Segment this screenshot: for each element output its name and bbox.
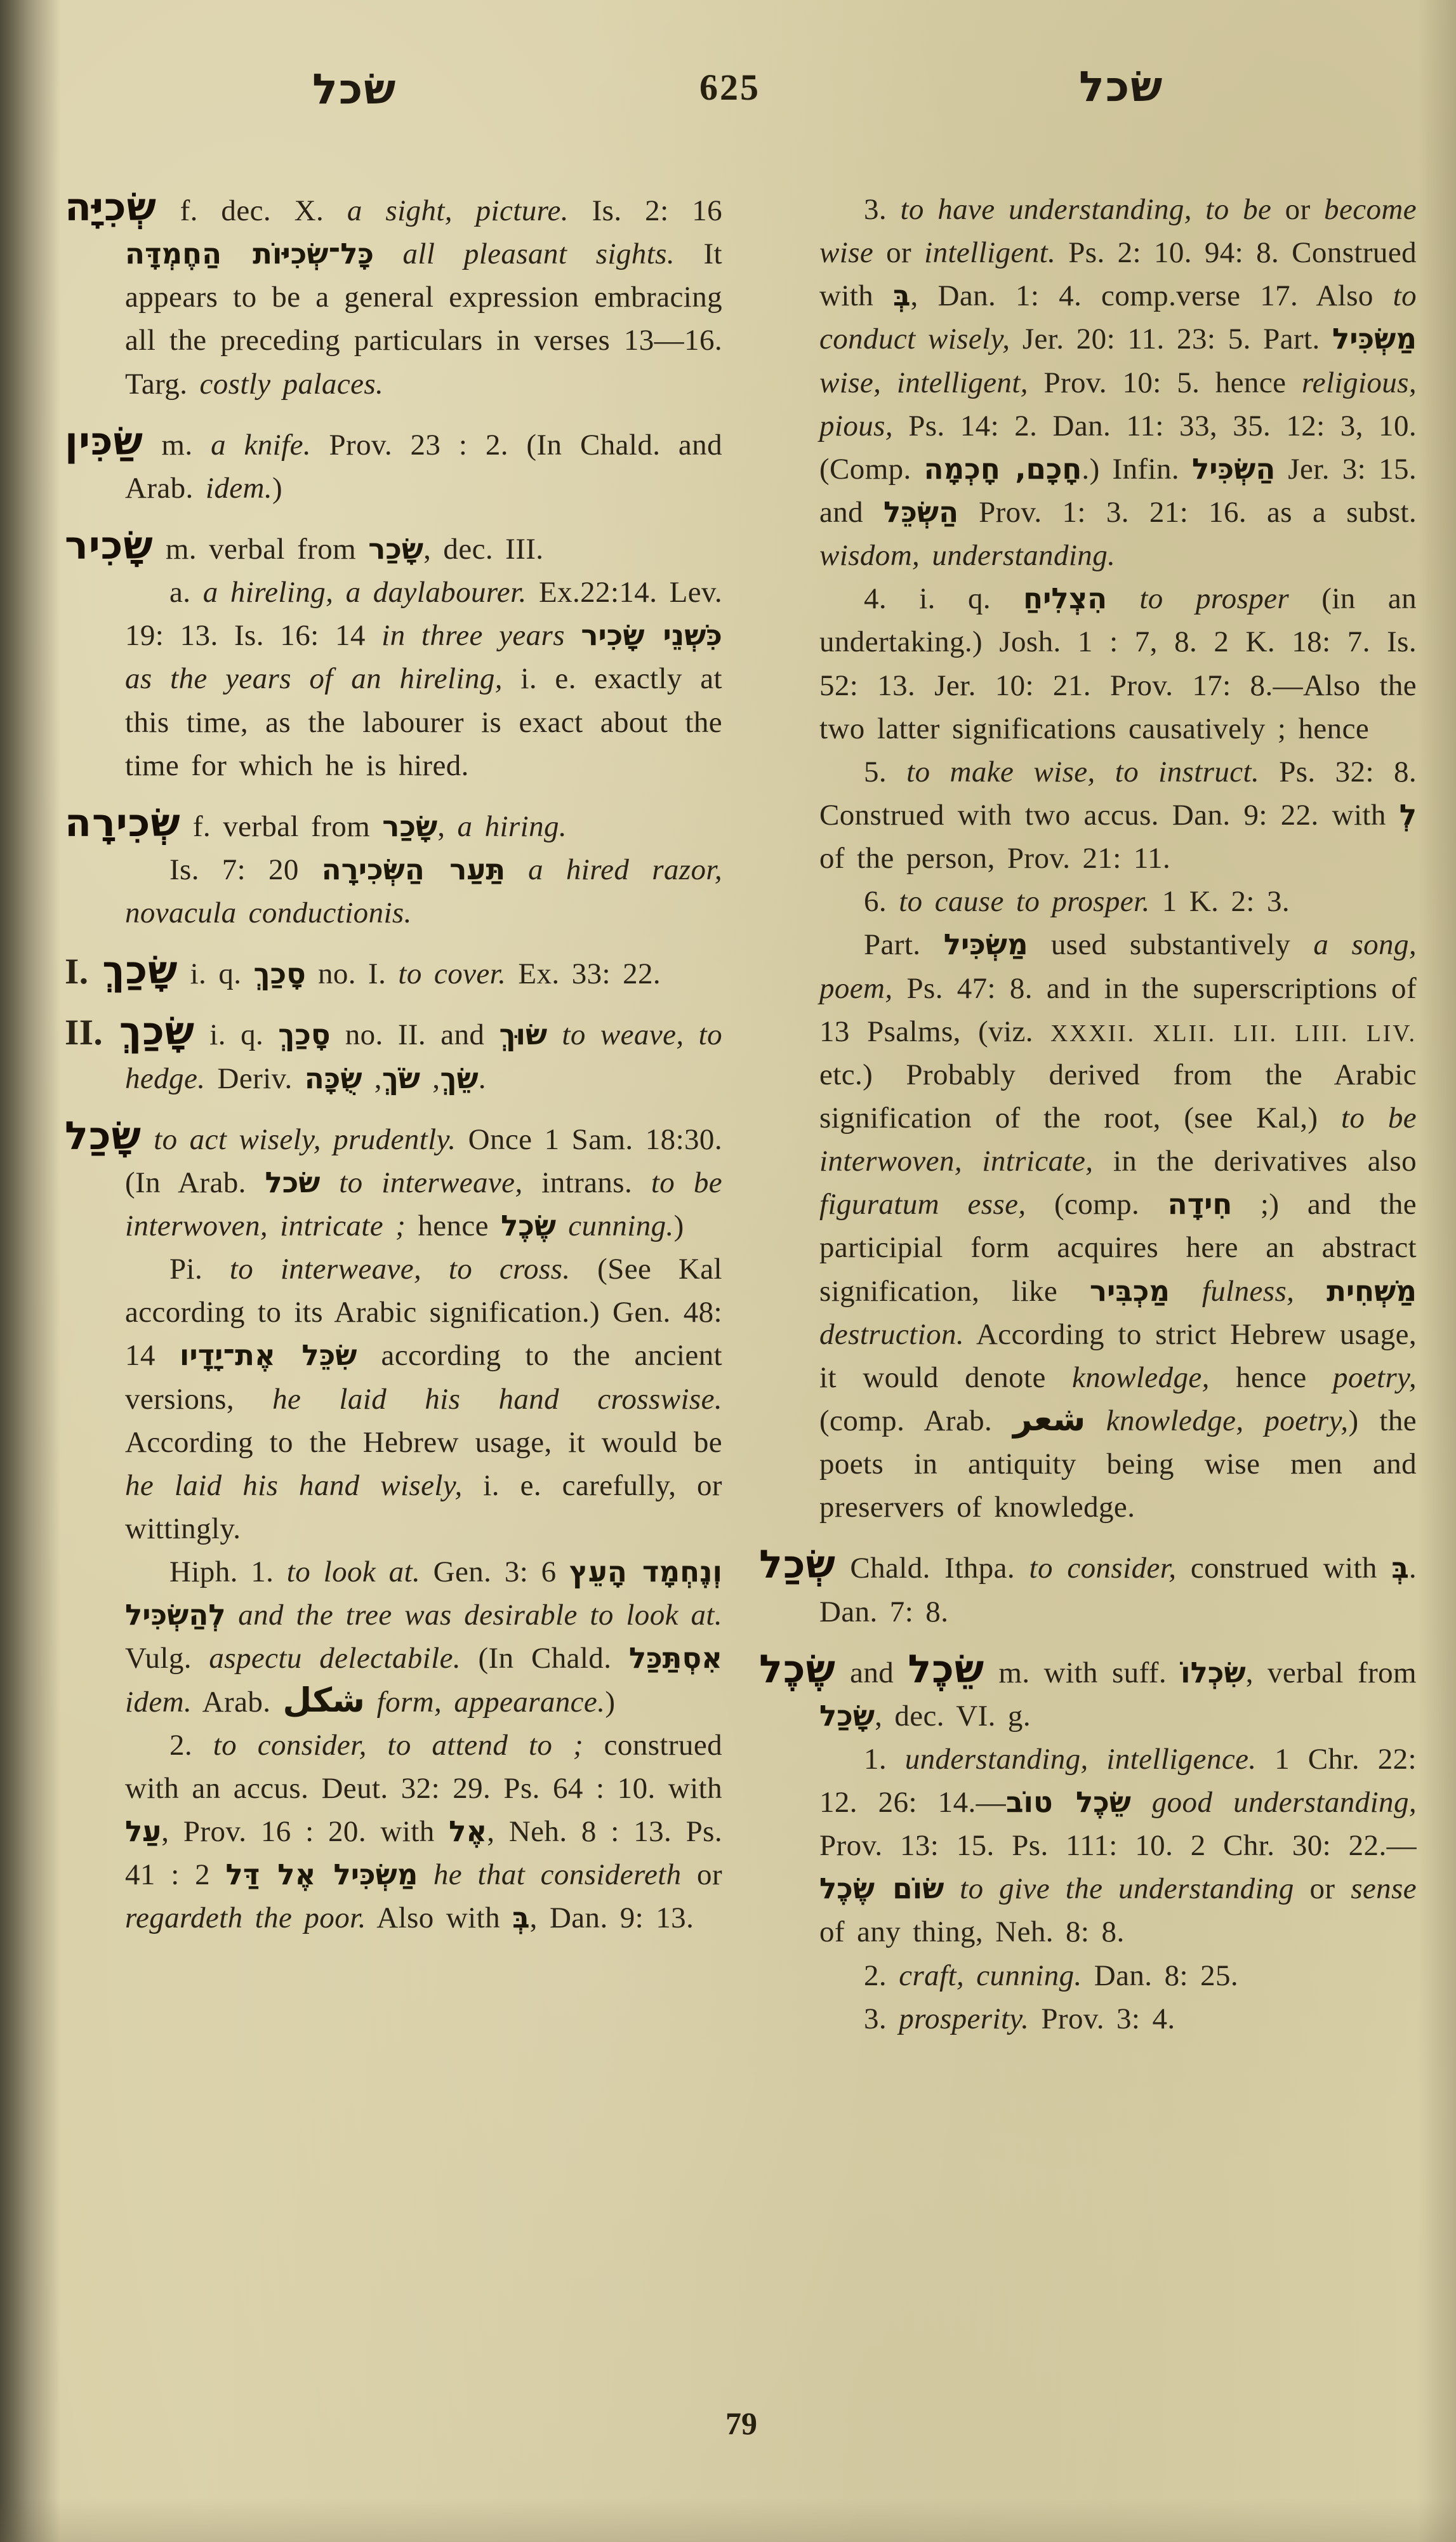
text bbox=[321, 1166, 340, 1199]
text: etc.) Probably derived from the Arabic s… bbox=[819, 1058, 1417, 1135]
text: Is. 7: 20 bbox=[169, 853, 322, 886]
text: Gen. 3: 6 bbox=[420, 1555, 569, 1588]
hebrew-text: שֶׂכֶל bbox=[501, 1209, 556, 1242]
italic-text: to look at. bbox=[287, 1555, 420, 1588]
hebrew-text: בְּ bbox=[893, 279, 911, 312]
italic-text: novacula conductionis. bbox=[125, 896, 412, 929]
text: According to the Hebrew usage, it would … bbox=[125, 1426, 722, 1459]
hebrew-text: אִסְתַּכַּל bbox=[629, 1641, 722, 1675]
hebrew-headword: שְׂכַל bbox=[759, 1542, 836, 1587]
roman-numeral: I. bbox=[65, 952, 102, 992]
hebrew-text: הַשְׂכֵּל bbox=[884, 495, 958, 529]
italic-text: wise, intelligent, bbox=[819, 366, 1028, 399]
hebrew-text: סָכַךְ bbox=[278, 1018, 330, 1051]
hebrew-text: מַשְׂכִּיל אֶל דַּל bbox=[226, 1858, 418, 1891]
text: , Dan. 1: 4. comp.verse 17. Also bbox=[911, 279, 1393, 312]
italic-text: aspectu delectabile. bbox=[209, 1642, 461, 1675]
text: 2. bbox=[169, 1729, 213, 1762]
dictionary-entry: שְׂכַל Chald. Ithpa. to consider, constr… bbox=[819, 1545, 1417, 1633]
text: .) Infin. bbox=[1082, 453, 1192, 486]
text: 5. bbox=[864, 755, 906, 789]
text: , bbox=[420, 1062, 440, 1095]
text: Deriv. bbox=[205, 1062, 304, 1095]
italic-text: he laid his hand crosswise. bbox=[272, 1383, 722, 1416]
text: m. verbal from bbox=[154, 533, 369, 566]
italic-text: he laid his hand wisely, bbox=[125, 1469, 463, 1502]
psalm-numerals: XXXII. XLII. LII. LIII. LIV. bbox=[1050, 1021, 1417, 1047]
text: Ex. 33: 22. bbox=[506, 957, 661, 990]
text: of the person, Prov. 21: 11. bbox=[819, 842, 1170, 875]
italic-text: to act wisely, prudently. bbox=[154, 1123, 456, 1156]
hebrew-text: שָׂכַר bbox=[368, 532, 423, 566]
text bbox=[142, 1123, 154, 1156]
hebrew-text: חָכָם, חָכְמָה bbox=[924, 452, 1082, 486]
italic-text: cunning. bbox=[568, 1209, 673, 1242]
text bbox=[226, 1599, 239, 1632]
entry-paragraph: Is. 7: 20 תַּעַר הַשְּׂכִירָה a hired ra… bbox=[125, 848, 722, 935]
text: m. bbox=[143, 429, 211, 462]
text: 3. bbox=[864, 2002, 899, 2035]
text: , bbox=[362, 1062, 382, 1095]
hebrew-text: שׂכל bbox=[265, 1166, 320, 1199]
entry-paragraph: 2. craft, cunning. Dan. 8: 25. bbox=[819, 1954, 1417, 1997]
italic-text: knowledge, poetry, bbox=[1106, 1404, 1349, 1437]
text: Prov. 1: 3. 21: 16. as a subst. bbox=[958, 496, 1417, 529]
hebrew-text: מַכְבִּיר bbox=[1090, 1274, 1170, 1308]
italic-text: to cause to prosper. bbox=[899, 885, 1149, 918]
text: no. II. and bbox=[331, 1018, 500, 1051]
dictionary-entry: שְׂכִיָּה f. dec. X. a sight, picture. I… bbox=[125, 188, 722, 406]
text: or bbox=[873, 236, 924, 269]
italic-text: intelligent. bbox=[924, 236, 1056, 269]
text: or bbox=[682, 1858, 722, 1891]
text: Part. bbox=[864, 928, 944, 961]
text: f. dec. X. bbox=[157, 194, 347, 227]
italic-text: figuratum esse, bbox=[819, 1188, 1026, 1221]
text: Arab. bbox=[192, 1686, 282, 1719]
left-column: שְׂכִיָּה f. dec. X. a sight, picture. I… bbox=[65, 188, 722, 2040]
text: Chald. Ithpa. bbox=[836, 1552, 1029, 1585]
dictionary-entry: שָׂכַל to act wisely, prudently. Once 1 … bbox=[125, 1117, 722, 1248]
italic-text: to prosper bbox=[1139, 582, 1289, 615]
italic-text: sense bbox=[1351, 1872, 1417, 1905]
text: Hiph. 1. bbox=[169, 1555, 287, 1588]
dictionary-entry: שַׂכִּין m. a knife. Prov. 23 : 2. (In C… bbox=[125, 422, 722, 510]
entry-paragraph: 5. to make wise, to instruct. Ps. 32: 8.… bbox=[819, 750, 1417, 880]
entry-paragraph: Pi. to interweave, to cross. (See Kal ac… bbox=[125, 1248, 722, 1550]
hebrew-text: כִּשְׁנֵי שָׂכִיר bbox=[581, 618, 722, 652]
text: 4. i. q. bbox=[864, 582, 1023, 615]
italic-text: to interweave, bbox=[339, 1166, 522, 1199]
italic-text: idem. bbox=[206, 472, 272, 505]
hebrew-text: בְּ bbox=[1391, 1551, 1409, 1585]
italic-text: and the tree was desirable to look at. bbox=[238, 1599, 722, 1632]
hebrew-headword: שֵׂכֶל bbox=[908, 1647, 984, 1692]
italic-text: a knife. bbox=[211, 429, 311, 462]
text bbox=[1294, 1275, 1327, 1308]
italic-text: he that considereth bbox=[433, 1858, 682, 1891]
italic-text: prosperity. bbox=[899, 2002, 1029, 2035]
scan-edge-left bbox=[0, 0, 60, 2542]
text: i. q. bbox=[178, 957, 253, 990]
hebrew-text: שׂוּךְ bbox=[499, 1018, 547, 1051]
text bbox=[505, 853, 528, 886]
scan-edge-bottom bbox=[0, 2498, 1456, 2542]
dictionary-entry: שָׂכִיר m. verbal from שָׂכַר, dec. III. bbox=[125, 526, 722, 571]
text: Prov. 13: 15. Ps. 111: 10. 2 Chr. 30: 22… bbox=[819, 1829, 1417, 1862]
dictionary-entry: I. שָׂכַךְ i. q. סָכַךְ no. I. to cover.… bbox=[125, 951, 722, 995]
text bbox=[565, 619, 581, 652]
text: of any thing, Neh. 8: 8. bbox=[819, 1915, 1125, 1948]
text: (comp. Arab. bbox=[819, 1404, 1013, 1437]
entry-paragraph: Part. מַשְׂכִּיל used substantively a so… bbox=[819, 923, 1417, 1529]
text: 1. bbox=[864, 1743, 905, 1776]
text: , dec. III. bbox=[423, 533, 543, 566]
arabic-text: شعر bbox=[1013, 1400, 1085, 1439]
hebrew-text: לְ bbox=[1400, 798, 1417, 832]
scan-edge-right bbox=[1418, 0, 1456, 2542]
text bbox=[418, 1858, 433, 1891]
italic-text: all pleasant sights. bbox=[403, 237, 675, 270]
italic-text: to give the understanding bbox=[960, 1872, 1294, 1905]
text: . bbox=[479, 1062, 486, 1095]
hebrew-text: תַּעַר הַשְּׂכִירָה bbox=[322, 853, 506, 886]
arabic-text: شكل bbox=[283, 1681, 365, 1720]
text bbox=[1085, 1404, 1106, 1437]
hebrew-text: מַשְׁחִית bbox=[1327, 1274, 1417, 1308]
running-head: שׂכל 625 שׂכל bbox=[0, 58, 1456, 147]
printer-signature-mark: 79 bbox=[691, 2405, 792, 2442]
entry-paragraph: 4. i. q. הִצְלִיחַ to prosper (in an und… bbox=[819, 577, 1417, 750]
italic-text: knowledge, bbox=[1072, 1361, 1210, 1394]
text: (In Chald. bbox=[461, 1642, 629, 1675]
text: no. I. bbox=[306, 957, 399, 990]
hebrew-text: חִידָה bbox=[1168, 1187, 1233, 1221]
italic-text: good understanding, bbox=[1152, 1786, 1417, 1819]
text: 1 K. 2: 3. bbox=[1150, 885, 1290, 918]
text: Is. 2: 16 bbox=[569, 194, 722, 227]
hebrew-text: הַשְׂכִּיל bbox=[1192, 452, 1275, 486]
running-head-right-hebrew: שׂכל bbox=[1079, 62, 1163, 111]
hebrew-headword: שָׂכַךְ bbox=[119, 1009, 195, 1054]
text: intrans. bbox=[523, 1166, 651, 1199]
italic-text: fulness, bbox=[1202, 1275, 1295, 1308]
running-head-left-hebrew: שׂכל bbox=[312, 65, 397, 114]
hebrew-text: עַל bbox=[125, 1814, 161, 1848]
text: , verbal from bbox=[1246, 1656, 1417, 1689]
text: construed with bbox=[1176, 1552, 1391, 1585]
roman-numeral: II. bbox=[65, 1013, 119, 1053]
italic-text: understanding, intelligence. bbox=[905, 1743, 1257, 1776]
text: Also with bbox=[366, 1901, 512, 1934]
dictionary-entry: שֶׂכֶל and שֵׂכֶל m. with suff. שִׂכְלוֹ… bbox=[819, 1650, 1417, 1738]
text: hence bbox=[1210, 1361, 1333, 1394]
hebrew-text: מַשְׂכִּיל bbox=[1332, 322, 1417, 356]
text: hence bbox=[406, 1209, 501, 1242]
hebrew-headword: שְׂכִירָה bbox=[65, 801, 181, 846]
hebrew-text: שׂוֹם שֶׂכֶל bbox=[819, 1872, 944, 1905]
hebrew-text: שִׂכֵּל אֶת־יָדָיו bbox=[180, 1338, 357, 1372]
italic-text: wisdom, understanding. bbox=[819, 539, 1115, 572]
text: , Prov. 16 : 20. with bbox=[161, 1815, 449, 1848]
text: Jer. 20: 11. 23: 5. Part. bbox=[1010, 323, 1332, 356]
text: used substantively bbox=[1028, 928, 1314, 961]
right-column: 3. to have understanding, to be or becom… bbox=[759, 188, 1417, 2040]
entry-paragraph: 1. understanding, intelligence. 1 Chr. 2… bbox=[819, 1738, 1417, 1954]
text bbox=[547, 1018, 562, 1051]
hebrew-text: סָכַךְ bbox=[254, 957, 306, 990]
hebrew-text: אֶל bbox=[449, 1814, 487, 1848]
hebrew-headword: שָׂכַךְ bbox=[102, 948, 178, 993]
hebrew-text: בְּ bbox=[512, 1901, 530, 1934]
text: and bbox=[836, 1656, 908, 1689]
text: 6. bbox=[864, 885, 899, 918]
text bbox=[944, 1872, 960, 1905]
dictionary-entry: שְׂכִירָה f. verbal from שָׂכַר, a hirin… bbox=[125, 804, 722, 848]
text bbox=[374, 237, 402, 270]
text: , Dan. 9: 13. bbox=[530, 1901, 694, 1934]
hebrew-text: שָׂכַל bbox=[819, 1699, 875, 1733]
text bbox=[365, 1686, 377, 1719]
italic-text: to interweave, to cross. bbox=[230, 1253, 571, 1286]
entry-paragraph: Hiph. 1. to look at. Gen. 3: 6 וְנֶחְמָד… bbox=[125, 1550, 722, 1724]
hebrew-headword: שָׂכִיר bbox=[65, 523, 154, 568]
text: Prov. 3: 4. bbox=[1029, 2002, 1175, 2035]
hebrew-headword: שֶׂכֶל bbox=[759, 1647, 836, 1692]
text: m. with suff. bbox=[984, 1656, 1181, 1689]
hebrew-text: כָּל־שְׂכִיּוֹת הַחֶמְדָּה bbox=[125, 237, 374, 270]
text bbox=[1131, 1786, 1152, 1819]
text bbox=[1107, 582, 1139, 615]
text: Pi. bbox=[169, 1253, 230, 1286]
text: ) bbox=[674, 1209, 684, 1242]
entry-paragraph: a. a hireling, a daylabourer. Ex.22:14. … bbox=[125, 571, 722, 787]
text: , dec. VI. g. bbox=[875, 1700, 1031, 1733]
entry-paragraph: 2. to consider, to attend to ; construed… bbox=[125, 1724, 722, 1940]
text: a. bbox=[169, 576, 203, 609]
italic-text: craft, cunning. bbox=[899, 1959, 1082, 1992]
hebrew-headword: שַׂכִּין bbox=[65, 419, 143, 464]
italic-text: as the years of an hireling, bbox=[125, 662, 503, 695]
italic-text: a sight, picture. bbox=[347, 194, 569, 227]
hebrew-text: שֵׂךְ bbox=[440, 1061, 478, 1095]
italic-text: costly palaces. bbox=[200, 368, 384, 401]
entry-paragraph: 3. prosperity. Prov. 3: 4. bbox=[819, 1997, 1417, 2040]
text: 3. bbox=[864, 193, 900, 226]
italic-text: to cover. bbox=[398, 957, 506, 990]
italic-text: to consider, to attend to ; bbox=[213, 1729, 583, 1762]
text: Vulg. bbox=[125, 1642, 209, 1675]
italic-text: to consider, bbox=[1029, 1552, 1177, 1585]
italic-text: idem. bbox=[125, 1686, 192, 1719]
page-number: 625 bbox=[666, 66, 793, 109]
italic-text: a hiring. bbox=[458, 810, 567, 843]
text: Dan. 8: 25. bbox=[1082, 1959, 1238, 1992]
text bbox=[1170, 1275, 1202, 1308]
text: in the derivatives also bbox=[1093, 1145, 1417, 1178]
text: f. verbal from bbox=[181, 810, 383, 843]
hebrew-headword: שְׂכִיָּה bbox=[65, 185, 157, 230]
italic-text: poetry, bbox=[1333, 1361, 1417, 1394]
entry-paragraph: 3. to have understanding, to be or becom… bbox=[819, 188, 1417, 577]
italic-text: a hired razor, bbox=[528, 853, 722, 886]
text: or bbox=[1271, 193, 1324, 226]
text: ) bbox=[272, 472, 282, 505]
scanned-page: שׂכל 625 שׂכל שְׂכִיָּה f. dec. X. a sig… bbox=[0, 0, 1456, 2542]
italic-text: a hireling, a daylabourer. bbox=[203, 576, 527, 609]
hebrew-text: שֻׂכָּה bbox=[305, 1061, 362, 1095]
entry-paragraph: 6. to cause to prosper. 1 K. 2: 3. bbox=[819, 880, 1417, 923]
italic-text: to have understanding, to be bbox=[900, 193, 1271, 226]
italic-text: regardeth the poor. bbox=[125, 1901, 366, 1934]
text-columns: שְׂכִיָּה f. dec. X. a sight, picture. I… bbox=[65, 188, 1417, 2040]
italic-text: destruction. bbox=[819, 1318, 964, 1351]
text: ) bbox=[605, 1686, 615, 1719]
hebrew-text: שָׂכַר bbox=[382, 809, 437, 843]
text: (comp. bbox=[1026, 1188, 1168, 1221]
text: or bbox=[1294, 1872, 1351, 1905]
text bbox=[556, 1209, 568, 1242]
hebrew-text: שִׂכְלוֹ bbox=[1181, 1656, 1246, 1689]
hebrew-text: שֹׂךְ bbox=[382, 1061, 420, 1095]
hebrew-text: שֵׂכֶל טוֹב bbox=[1006, 1785, 1131, 1819]
italic-text: form, appearance. bbox=[377, 1686, 606, 1719]
italic-text: in three years bbox=[381, 619, 565, 652]
text: 2. bbox=[864, 1959, 899, 1992]
hebrew-text: מַשְׂכִּיל bbox=[944, 928, 1028, 961]
hebrew-headword: שָׂכַל bbox=[65, 1114, 142, 1159]
italic-text: to make wise, to instruct. bbox=[906, 755, 1259, 789]
dictionary-entry: II. שָׂכַךְ i. q. סָכַךְ no. II. and שׂו… bbox=[125, 1012, 722, 1100]
text: Prov. 10: 5. hence bbox=[1028, 366, 1302, 399]
text: i. q. bbox=[195, 1018, 278, 1051]
hebrew-text: הִצְלִיחַ bbox=[1023, 582, 1107, 615]
text: , bbox=[437, 810, 457, 843]
